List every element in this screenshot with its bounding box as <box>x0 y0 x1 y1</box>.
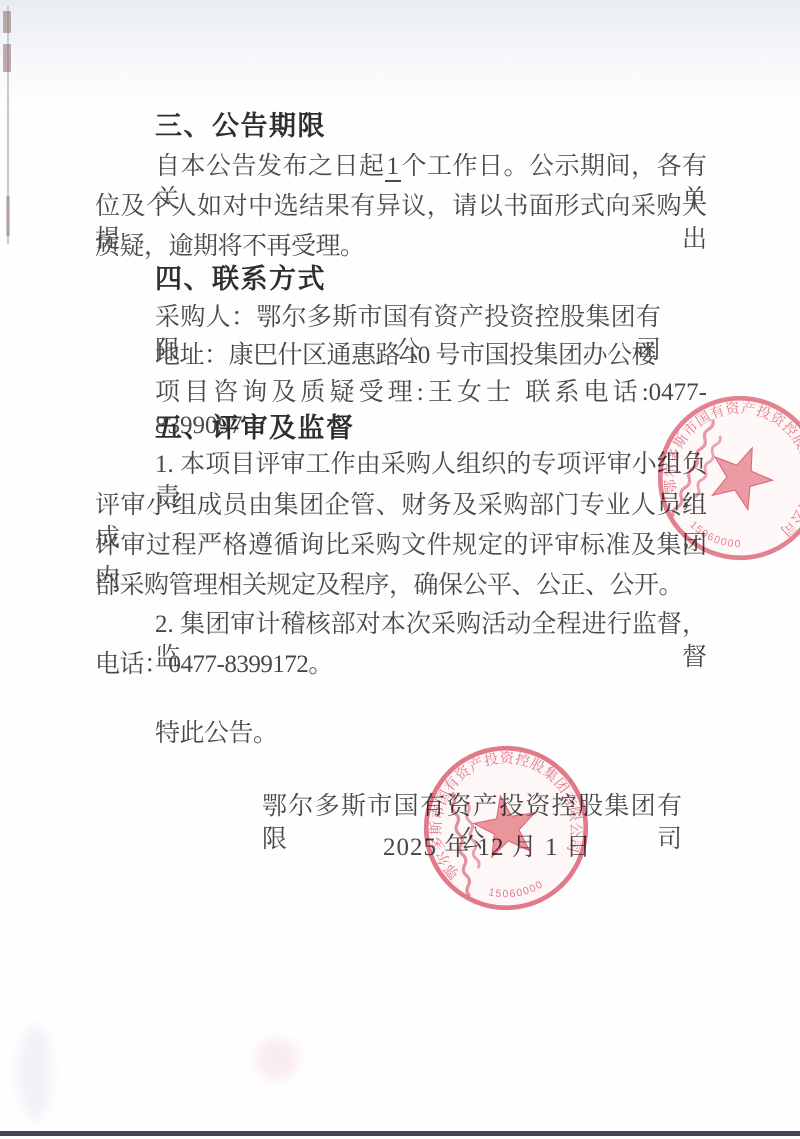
ink-smudge <box>255 1038 299 1080</box>
scan-edge-mark <box>3 44 11 72</box>
closing-statement: 特此公告。 <box>155 717 278 750</box>
address-line: 地址：康巴什区通惠路 10 号市国投集团办公楼 <box>155 339 656 372</box>
scan-edge-mark <box>6 196 10 236</box>
scan-edge-shading <box>0 0 800 108</box>
announcement-period-days: 1 <box>385 153 402 182</box>
section4-heading: 四、联系方式 <box>155 263 326 296</box>
section3-paragraph-line3: 质疑，逾期将不再受理。 <box>95 230 365 263</box>
scan-edge-mark <box>3 11 11 33</box>
official-seal-graphic: 鄂尔多斯市国有资产投资控股集团有限公司 1506000000167 <box>384 706 627 949</box>
section3-heading: 三、公告期限 <box>155 110 326 143</box>
section5-heading: 五、评审及监督 <box>155 412 355 445</box>
supervision-line2: 电话：0477-8399172。 <box>95 648 333 681</box>
official-seal: 鄂尔多斯市国有资产投资控股集团有限公司 1506000000167 <box>384 706 627 949</box>
scanned-announcement-page: 三、公告期限 自本公告发布之日起1个工作日。公示期间，各有关单 位及个人如对中选… <box>0 0 800 1139</box>
scan-bottom-edge <box>0 1131 800 1136</box>
review-paragraph-line4: 部采购管理相关规定及程序，确保公平、公正、公开。 <box>95 569 683 602</box>
scan-smudge <box>18 1025 52 1120</box>
announcement-period-pre: 自本公告发布之日起 <box>155 153 385 180</box>
